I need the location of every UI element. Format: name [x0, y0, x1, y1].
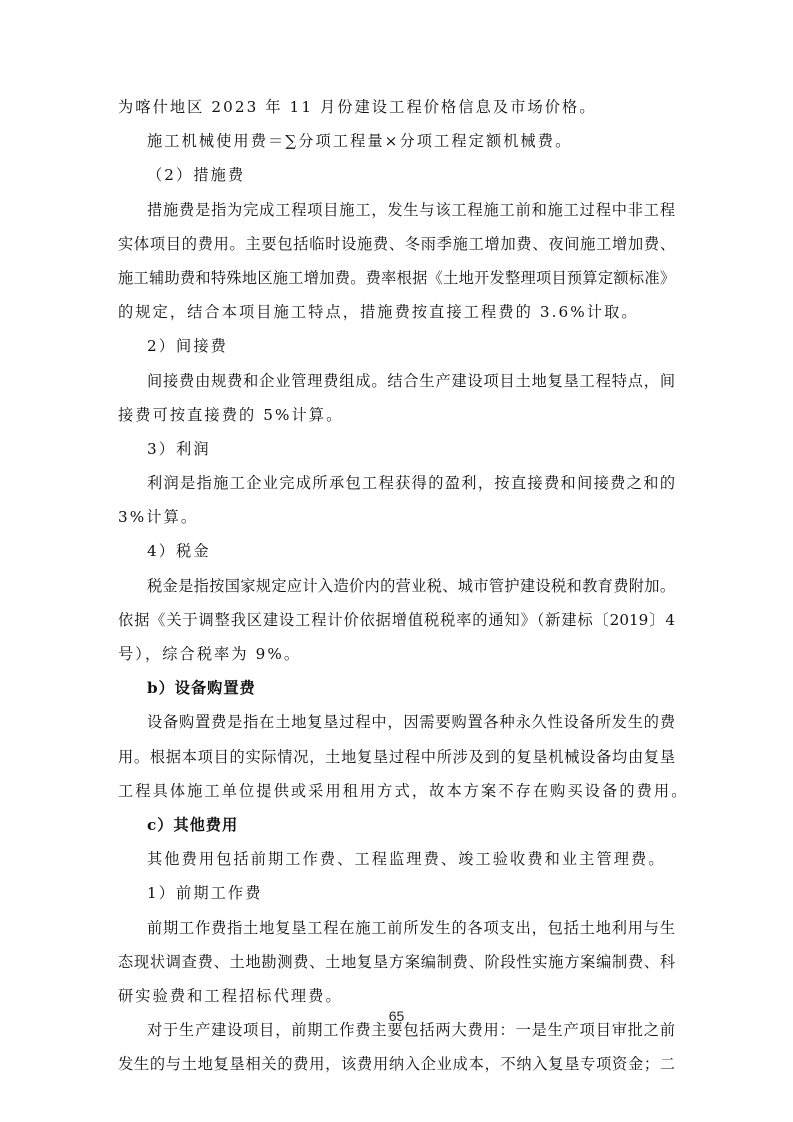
paragraph-line: 利润是指施工企业完成所承包工程获得的盈利，按直接费和间接费之和的 — [118, 466, 675, 500]
document-page: 为喀什地区 2023 年 11 月份建设工程价格信息及市场价格。 施工机械使用费… — [0, 0, 793, 1122]
paragraph-line: 态现状调查费、土地勘测费、土地复垦方案编制费、阶段性实施方案编制费、科 — [118, 945, 675, 979]
section-heading-bold: c）其他费用 — [118, 808, 675, 842]
page-number: 65 — [0, 1008, 793, 1024]
section-heading: 3）利润 — [118, 432, 675, 466]
section-heading-bold: b）设备购置费 — [118, 671, 675, 705]
section-heading: 2）间接费 — [118, 329, 675, 363]
paragraph-line: 实体项目的费用。主要包括临时设施费、冬雨季施工增加费、夜间施工增加费、 — [118, 227, 675, 261]
formula-line: 施工机械使用费＝∑分项工程量×分项工程定额机械费。 — [118, 124, 675, 158]
paragraph-line: 措施费是指为完成工程项目施工，发生与该工程施工前和施工过程中非工程 — [118, 193, 675, 227]
paragraph-line: 其他费用包括前期工作费、工程监理费、竣工验收费和业主管理费。 — [118, 842, 675, 876]
section-heading: 1）前期工作费 — [118, 876, 675, 910]
paragraph-line: 发生的与土地复垦相关的费用，该费用纳入企业成本，不纳入复垦专项资金；二 — [118, 1047, 675, 1081]
paragraph-line: 接费可按直接费的 5%计算。 — [118, 398, 675, 432]
paragraph-line: 税金是指按国家规定应计入造价内的营业税、城市管护建设税和教育费附加。 — [118, 569, 675, 603]
section-heading: （2）措施费 — [118, 158, 675, 192]
section-heading: 4）税金 — [118, 534, 675, 568]
paragraph-line: 用。根据本项目的实际情况，土地复垦过程中所涉及到的复垦机械设备均由复垦 — [118, 740, 675, 774]
paragraph-line: 的规定，结合本项目施工特点，措施费按直接工程费的 3.6%计取。 — [118, 295, 675, 329]
paragraph-line: 前期工作费指土地复垦工程在施工前所发生的各项支出，包括土地利用与生 — [118, 911, 675, 945]
document-body: 为喀什地区 2023 年 11 月份建设工程价格信息及市场价格。 施工机械使用费… — [118, 90, 675, 1081]
paragraph-line: 3%计算。 — [118, 500, 675, 534]
paragraph-line: 号），综合税率为 9%。 — [118, 637, 675, 671]
paragraph-line: 间接费由规费和企业管理费组成。结合生产建设项目土地复垦工程特点，间 — [118, 364, 675, 398]
paragraph-line: 设备购置费是指在土地复垦过程中，因需要购置各种永久性设备所发生的费 — [118, 705, 675, 739]
paragraph-line: 施工辅助费和特殊地区施工增加费。费率根据《土地开发整理项目预算定额标准》 — [118, 261, 675, 295]
paragraph-line: 工程具体施工单位提供或采用租用方式，故本方案不存在购买设备的费用。 — [118, 774, 675, 808]
text-line: 为喀什地区 2023 年 11 月份建设工程价格信息及市场价格。 — [118, 90, 675, 124]
paragraph-line: 依据《关于调整我区建设工程计价依据增值税税率的通知》（新建标〔2019〕4 — [118, 603, 675, 637]
